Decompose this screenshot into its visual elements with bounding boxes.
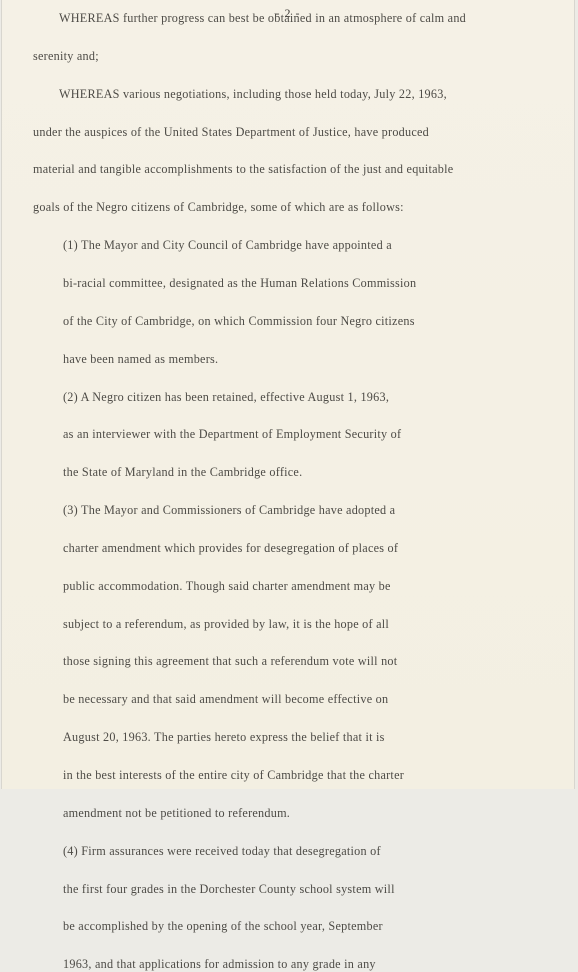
item-3-line-8: in the best interests of the entire city… xyxy=(63,768,404,783)
whereas-2-line-2: under the auspices of the United States … xyxy=(33,125,429,140)
item-2-line-2: as an interviewer with the Department of… xyxy=(63,427,401,442)
whereas-1-line-1: WHEREAS further progress can best be obt… xyxy=(59,11,466,26)
whereas-2-line-4: goals of the Negro citizens of Cambridge… xyxy=(33,200,404,215)
document-page: - 2 - WHEREAS further progress can best … xyxy=(1,0,575,789)
item-2-line-1: (2) A Negro citizen has been retained, e… xyxy=(63,390,389,405)
item-1-line-1: (1) The Mayor and City Council of Cambri… xyxy=(63,238,392,253)
item-2-line-3: the State of Maryland in the Cambridge o… xyxy=(63,465,302,480)
item-3-line-4: subject to a referendum, as provided by … xyxy=(63,617,389,632)
whereas-2-line-1: WHEREAS various negotiations, including … xyxy=(59,87,447,102)
item-3-line-3: public accommodation. Though said charte… xyxy=(63,579,391,594)
item-3-line-2: charter amendment which provides for des… xyxy=(63,541,398,556)
item-3-line-7: August 20, 1963. The parties hereto expr… xyxy=(63,730,385,745)
whereas-1-line-2: serenity and; xyxy=(33,49,99,64)
whereas-2-line-3: material and tangible accomplishments to… xyxy=(33,162,453,177)
item-1-line-2: bi-racial committee, designated as the H… xyxy=(63,276,416,291)
item-1-line-4: have been named as members. xyxy=(63,352,218,367)
item-1-line-3: of the City of Cambridge, on which Commi… xyxy=(63,314,415,329)
item-3-line-5: those signing this agreement that such a… xyxy=(63,654,397,669)
item-3-line-6: be necessary and that said amendment wil… xyxy=(63,692,388,707)
item-3-line-1: (3) The Mayor and Commissioners of Cambr… xyxy=(63,503,395,518)
